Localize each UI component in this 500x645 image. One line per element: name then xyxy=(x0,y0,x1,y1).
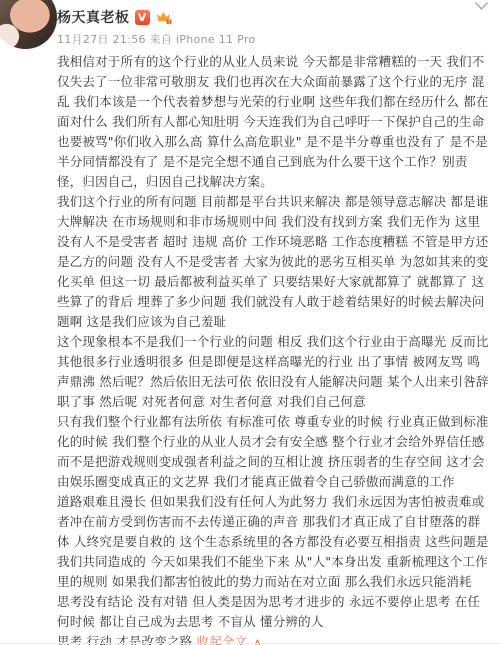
post-timestamp[interactable]: 11月27日 21:56 来自 iPhone 11 Pro xyxy=(57,31,490,47)
post-paragraph: 我相信对于所有的这个行业的从业人员来说 今天都是非常糟糕的一天 我们不仅失去了一… xyxy=(57,52,490,192)
vip-crown-icon: 1 xyxy=(155,10,173,25)
post-paragraph: 道路艰难且漫长 但如果我们没有任何人为此努力 我们永远因为害怕被责难或者冲在前方… xyxy=(57,492,490,592)
bottom-divider xyxy=(0,643,500,644)
weibo-post: 杨天真老板 V 1 11月27日 21:56 来自 iPhone 11 Pro … xyxy=(0,0,500,645)
post-paragraphs: 我相信对于所有的这个行业的从业人员来说 今天都是非常糟糕的一天 我们不仅失去了一… xyxy=(57,52,490,632)
post-paragraph: 只有我们整个行业都有法所依 有标准可依 尊重专业的时候 行业真正做到标准化的时候… xyxy=(57,412,490,492)
author-name[interactable]: 杨天真老板 xyxy=(57,7,130,27)
post-header: 杨天真老板 V 1 11月27日 21:56 来自 iPhone 11 Pro xyxy=(57,7,490,47)
post-paragraph: 这个现象根本不是我们一个行业的问题 相反 我们这个行业由于高曝光 反而比其他很多… xyxy=(57,332,490,412)
post-content: 我相信对于所有的这个行业的从业人员来说 今天都是非常糟糕的一天 我们不仅失去了一… xyxy=(57,52,490,645)
post-paragraph: 思考没有结论 没有对错 但人类是因为思考才进步的 永远不要停止思考 在任何时候 … xyxy=(57,592,490,632)
svg-text:1: 1 xyxy=(167,19,170,24)
post-paragraph: 我们这个行业的所有问题 目前都是平台共识来解决 都是领导意志解决 都是谁大牌解决… xyxy=(57,192,490,332)
avatar[interactable] xyxy=(0,0,57,49)
verified-badge-icon: V xyxy=(135,10,150,25)
